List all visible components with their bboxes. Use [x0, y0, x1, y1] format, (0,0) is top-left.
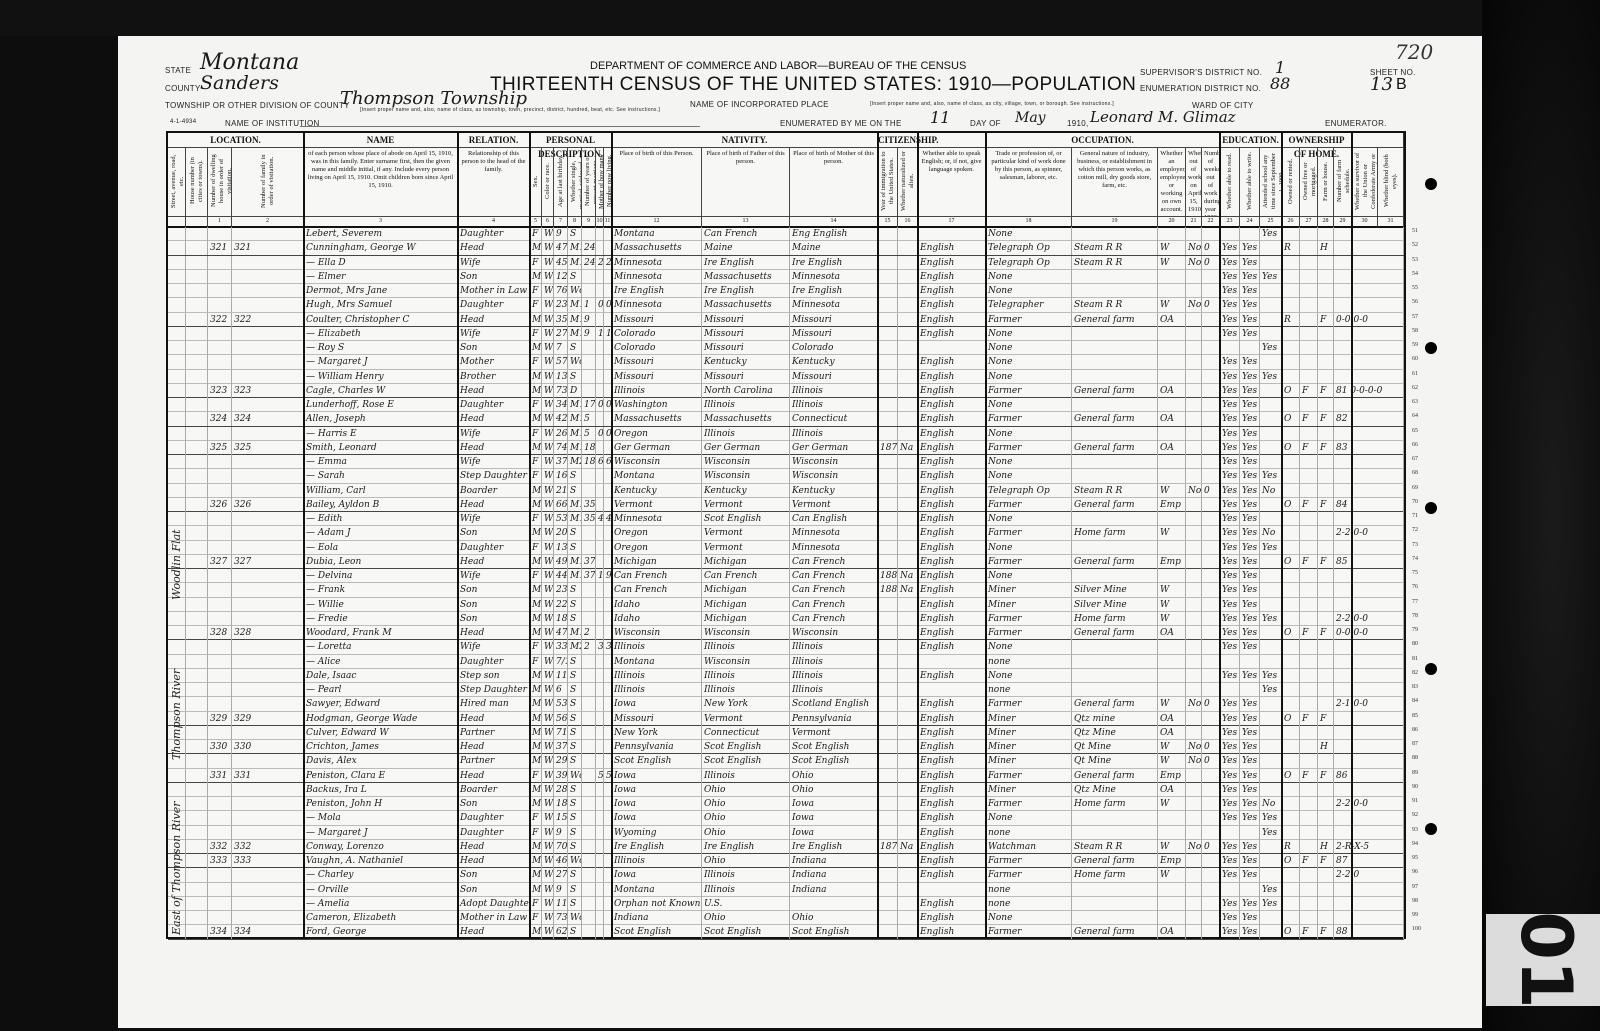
cell-mother-bp: Kentucky: [790, 484, 878, 498]
cell-mort: [1300, 241, 1318, 255]
cell-natur: [898, 883, 918, 897]
cell-immig: [878, 769, 898, 783]
cell-birthplace: Massachusetts: [612, 412, 702, 426]
cell-school: [1260, 769, 1282, 783]
column-header-text: Number of farm schedule.: [1336, 150, 1352, 212]
cell-born: [596, 868, 604, 882]
cell-race: W: [542, 498, 554, 512]
cell-empty: [168, 626, 186, 640]
cell-empty: [186, 868, 208, 882]
cell-birthplace: Illinois: [612, 854, 702, 868]
line-number: 79: [1412, 627, 1418, 633]
cell-school: [1260, 441, 1282, 455]
line-number: 77: [1412, 599, 1418, 605]
cell-weeks: [1202, 541, 1220, 555]
line-number: 52: [1412, 242, 1418, 248]
cell-race: W: [542, 270, 554, 284]
cell-write: [1240, 826, 1260, 840]
line-number: 60: [1412, 356, 1418, 362]
cell-natur: Na: [898, 583, 918, 597]
cell-blind: [1378, 740, 1404, 754]
cell-school: [1260, 555, 1282, 569]
cell-relation: Hired man: [458, 697, 530, 711]
cell-occupation: None: [986, 370, 1072, 384]
cell-father-bp: Ohio: [702, 826, 790, 840]
cell-english: English: [918, 555, 986, 569]
line-number: 61: [1412, 371, 1418, 377]
cell-mort: [1300, 512, 1318, 526]
cell-weeks: [1202, 555, 1220, 569]
cell-dwelling: [208, 541, 232, 555]
cell-dwelling: [208, 341, 232, 355]
cell-out: No: [1186, 484, 1202, 498]
cell-years-married: [582, 697, 596, 711]
cell-empty: [186, 526, 208, 540]
cell-blind: [1378, 298, 1404, 312]
cell-own: O: [1282, 441, 1300, 455]
cell-out: [1186, 868, 1202, 882]
cell-farm: F: [1318, 769, 1334, 783]
column-header-text: Number of dwelling house in order of vis…: [210, 150, 232, 212]
cell-own: [1282, 669, 1300, 683]
cell-write: Yes: [1240, 355, 1260, 369]
cell-occupation: Telegraph Op: [986, 256, 1072, 270]
cell-age: 12: [554, 270, 568, 284]
cell-years-married: 17: [582, 398, 596, 412]
cell-mother-bp: Ire English: [790, 284, 878, 298]
cell-name: Cunningham, George W: [304, 241, 458, 255]
cell-industry: [1072, 341, 1158, 355]
cell-immig: [878, 626, 898, 640]
column-header-text: Whether a survivor of the Union or Confe…: [1354, 150, 1378, 212]
cell-weeks: [1202, 270, 1220, 284]
cell-empty: [168, 270, 186, 284]
cell-school: [1260, 783, 1282, 797]
cell-emp: Emp: [1158, 769, 1186, 783]
cell-out: [1186, 555, 1202, 569]
column-group-header: CITIZENSHIP.: [878, 133, 918, 147]
cell-mort: [1300, 370, 1318, 384]
cell-emp: Emp: [1158, 498, 1186, 512]
cell-out: [1186, 441, 1202, 455]
cell-born: [596, 740, 604, 754]
punch-hole-icon: [1425, 502, 1437, 514]
cell-years-married: [582, 227, 596, 241]
cell-marital: M1: [568, 512, 582, 526]
cell-immig: [878, 313, 898, 327]
cell-natur: [898, 669, 918, 683]
cell-family: [232, 754, 304, 768]
cell-out: [1186, 598, 1202, 612]
column-divider: [303, 133, 305, 939]
line-number: 85: [1412, 713, 1418, 719]
cell-father-bp: Ohio: [702, 811, 790, 825]
cell-empty: [186, 341, 208, 355]
cell-read: Yes: [1220, 555, 1240, 569]
column-header-text: Attended school any time since September…: [1262, 150, 1282, 212]
cell-industry: [1072, 897, 1158, 911]
cell-name: Peniston, Clara E: [304, 769, 458, 783]
cell-relation: Step Daughter: [458, 469, 530, 483]
cell-blind: [1378, 868, 1404, 882]
cell-dwelling: 330: [208, 740, 232, 754]
line-number: 90: [1412, 784, 1418, 790]
cell-family: 328: [232, 626, 304, 640]
cell-own: O: [1282, 384, 1300, 398]
line-number: 54: [1412, 271, 1418, 277]
cell-mother-bp: Ohio: [790, 783, 878, 797]
cell-mother-bp: Indiana: [790, 854, 878, 868]
cell-age: 27: [554, 868, 568, 882]
cell-emp: W: [1158, 583, 1186, 597]
cell-father-bp: Illinois: [702, 868, 790, 882]
cell-immig: [878, 512, 898, 526]
cell-mort: [1300, 655, 1318, 669]
cell-immig: [878, 883, 898, 897]
cell-out: [1186, 512, 1202, 526]
cell-dwelling: 326: [208, 498, 232, 512]
cell-farm: [1318, 284, 1334, 298]
cell-sex: M: [530, 925, 542, 939]
cell-empty: [168, 441, 186, 455]
cell-mother-bp: Missouri: [790, 313, 878, 327]
county-value: Sanders: [200, 72, 279, 94]
cell-relation: Partner: [458, 726, 530, 740]
cell-out: [1186, 227, 1202, 241]
cell-years-married: [582, 526, 596, 540]
cell-own: [1282, 655, 1300, 669]
cell-write: Yes: [1240, 897, 1260, 911]
column-header: Whether out of work on April 15, 1910.: [1186, 147, 1202, 216]
cell-family: [232, 298, 304, 312]
cell-farm: [1318, 512, 1334, 526]
cell-race: W: [542, 384, 554, 398]
cell-relation: Daughter: [458, 298, 530, 312]
cell-race: W: [542, 640, 554, 654]
cell-marital: S: [568, 826, 582, 840]
cell-write: Yes: [1240, 441, 1260, 455]
cell-write: [1240, 683, 1260, 697]
cell-sex: F: [530, 227, 542, 241]
cell-family: [232, 355, 304, 369]
cell-name: Peniston, John H: [304, 797, 458, 811]
line-number: 78: [1412, 613, 1418, 619]
cell-farm: [1318, 327, 1334, 341]
township-label: Township or other division of county: [165, 101, 350, 110]
cell-weeks: [1202, 355, 1220, 369]
line-number: 81: [1412, 656, 1418, 662]
cell-occupation: Telegrapher: [986, 298, 1072, 312]
cell-out: [1186, 412, 1202, 426]
cell-name: Dale, Isaac: [304, 669, 458, 683]
cell-english: English: [918, 612, 986, 626]
column-header: Year of immigration to the United States…: [878, 147, 898, 216]
cell-father-bp: Can French: [702, 227, 790, 241]
column-header: Relationship of this person to the head …: [458, 147, 530, 216]
cell-relation: Son: [458, 598, 530, 612]
line-number: 53: [1412, 257, 1418, 263]
line-number: 82: [1412, 670, 1418, 676]
cell-natur: [898, 341, 918, 355]
cell-years-married: 35: [582, 498, 596, 512]
column-header: Number of weeks out of work during year …: [1202, 147, 1220, 216]
cell-write: Yes: [1240, 868, 1260, 882]
cell-age: 15: [554, 811, 568, 825]
cell-own: [1282, 640, 1300, 654]
cell-natur: [898, 256, 918, 270]
cell-english: English: [918, 783, 986, 797]
cell-mother-bp: Ire English: [790, 256, 878, 270]
cell-english: [918, 341, 986, 355]
cell-read: Yes: [1220, 569, 1240, 583]
cell-english: English: [918, 412, 986, 426]
cell-birthplace: Iowa: [612, 811, 702, 825]
cell-relation: Mother: [458, 355, 530, 369]
cell-natur: [898, 469, 918, 483]
cell-industry: [1072, 640, 1158, 654]
cell-years-married: [582, 669, 596, 683]
cell-blind: [1378, 598, 1404, 612]
cell-mort: F: [1300, 769, 1318, 783]
cell-dwelling: [208, 598, 232, 612]
cell-dwelling: [208, 427, 232, 441]
cell-blind: [1378, 726, 1404, 740]
cell-farm: F: [1318, 626, 1334, 640]
cell-immig: [878, 227, 898, 241]
cell-years-married: [582, 270, 596, 284]
cell-father-bp: North Carolina: [702, 384, 790, 398]
cell-father-bp: Massachusetts: [702, 412, 790, 426]
cell-blind: [1378, 498, 1404, 512]
cell-mort: [1300, 469, 1318, 483]
cell-mother-bp: Ohio: [790, 769, 878, 783]
cell-sex: M: [530, 270, 542, 284]
cell-school: [1260, 854, 1282, 868]
cell-age: 20: [554, 526, 568, 540]
cell-marital: S: [568, 726, 582, 740]
cell-emp: W: [1158, 697, 1186, 711]
cell-natur: [898, 754, 918, 768]
cell-relation: Boarder: [458, 484, 530, 498]
column-group-header: [1352, 133, 1404, 147]
cell-marital: S: [568, 270, 582, 284]
cell-blind: [1378, 469, 1404, 483]
cell-industry: [1072, 669, 1158, 683]
cell-school: [1260, 384, 1282, 398]
cell-years-married: [582, 355, 596, 369]
cell-born: [596, 854, 604, 868]
cell-weeks: [1202, 854, 1220, 868]
cell-mort: [1300, 227, 1318, 241]
cell-farm: [1318, 726, 1334, 740]
cell-name: Dermot, Mrs Jane: [304, 284, 458, 298]
cell-english: English: [918, 925, 986, 939]
line-number: 58: [1412, 328, 1418, 334]
cell-father-bp: Massachusetts: [702, 270, 790, 284]
cell-occupation: Farmer: [986, 555, 1072, 569]
column-header: Whether able to read.: [1220, 147, 1240, 216]
cell-emp: [1158, 512, 1186, 526]
cell-write: Yes: [1240, 712, 1260, 726]
cell-read: Yes: [1220, 598, 1240, 612]
cell-birthplace: Minnesota: [612, 256, 702, 270]
cell-immig: [878, 683, 898, 697]
cell-birthplace: Iowa: [612, 697, 702, 711]
cell-empty: [168, 412, 186, 426]
cell-farm: [1318, 883, 1334, 897]
cell-relation: Head: [458, 712, 530, 726]
cell-family: [232, 370, 304, 384]
cell-read: Yes: [1220, 355, 1240, 369]
cell-blind: [1378, 355, 1404, 369]
cell-english: English: [918, 868, 986, 882]
cell-age: 22: [554, 598, 568, 612]
cell-write: Yes: [1240, 925, 1260, 939]
stamp-number: 720: [1395, 40, 1433, 64]
cell-weeks: [1202, 612, 1220, 626]
cell-write: Yes: [1240, 911, 1260, 925]
cell-name: Smith, Leonard: [304, 441, 458, 455]
cell-own: [1282, 598, 1300, 612]
cell-empty: [186, 640, 208, 654]
cell-blind: [1378, 697, 1404, 711]
cell-write: Yes: [1240, 498, 1260, 512]
cell-birthplace: Missouri: [612, 355, 702, 369]
cell-farm: [1318, 298, 1334, 312]
cell-dwelling: [208, 826, 232, 840]
cell-dwelling: [208, 227, 232, 241]
cell-own: [1282, 398, 1300, 412]
column-header: Whether blind (both eyes).: [1378, 147, 1404, 216]
cell-marital: M2: [568, 640, 582, 654]
cell-out: [1186, 355, 1202, 369]
cell-own: [1282, 783, 1300, 797]
cell-dwelling: [208, 697, 232, 711]
column-header-text: Number of years of present marriage.: [584, 150, 596, 212]
column-header-text: Place of birth of Father of this person.: [706, 150, 784, 165]
cell-birthplace: Montana: [612, 883, 702, 897]
column-group-header: NATIVITY.: [612, 133, 878, 147]
cell-name: — Frank: [304, 583, 458, 597]
cell-father-bp: Vermont: [702, 541, 790, 555]
cell-family: 324: [232, 412, 304, 426]
cell-sex: M: [530, 498, 542, 512]
cell-immig: [878, 925, 898, 939]
cell-industry: [1072, 883, 1158, 897]
column-group-header: NAME: [304, 133, 458, 147]
cell-marital: S: [568, 655, 582, 669]
cell-marital: M1: [568, 498, 582, 512]
cell-school: [1260, 298, 1282, 312]
cell-marital: M1: [568, 327, 582, 341]
cell-marital: M1: [568, 256, 582, 270]
cell-name: Dubia, Leon: [304, 555, 458, 569]
cell-race: W: [542, 370, 554, 384]
cell-occupation: None: [986, 669, 1072, 683]
cell-empty: [186, 398, 208, 412]
cell-mort: [1300, 797, 1318, 811]
cell-natur: [898, 868, 918, 882]
cell-family: [232, 911, 304, 925]
cell-immig: [878, 455, 898, 469]
cell-farm: H: [1318, 840, 1334, 854]
cell-sex: M: [530, 526, 542, 540]
column-header: Number of family in order of visitation.: [232, 147, 304, 216]
cell-read: Yes: [1220, 241, 1240, 255]
cell-school: [1260, 398, 1282, 412]
cell-weeks: 0: [1202, 697, 1220, 711]
cell-immig: [878, 612, 898, 626]
cell-immig: [878, 797, 898, 811]
cell-weeks: [1202, 598, 1220, 612]
cell-english: English: [918, 697, 986, 711]
cell-relation: Wife: [458, 256, 530, 270]
cell-years-married: 37: [582, 569, 596, 583]
cell-years-married: 37: [582, 555, 596, 569]
cell-born: [596, 925, 604, 939]
cell-out: [1186, 683, 1202, 697]
cell-age: 37: [554, 740, 568, 754]
line-number: 97: [1412, 884, 1418, 890]
cell-emp: OA: [1158, 384, 1186, 398]
cell-dwelling: [208, 355, 232, 369]
cell-years-married: [582, 883, 596, 897]
cell-relation: Wife: [458, 569, 530, 583]
cell-birthplace: Oregon: [612, 427, 702, 441]
cell-immig: [878, 484, 898, 498]
cell-mother-bp: Wisconsin: [790, 469, 878, 483]
cell-own: [1282, 541, 1300, 555]
cell-natur: [898, 412, 918, 426]
cell-school: [1260, 583, 1282, 597]
punch-hole-icon: [1425, 823, 1437, 835]
cell-birthplace: Missouri: [612, 313, 702, 327]
cell-name: Cagle, Charles W: [304, 384, 458, 398]
cell-age: 6: [554, 683, 568, 697]
cell-born: [596, 469, 604, 483]
cell-emp: W: [1158, 256, 1186, 270]
cell-read: Yes: [1220, 811, 1240, 825]
cell-out: [1186, 569, 1202, 583]
line-number: 89: [1412, 770, 1418, 776]
cell-mort: [1300, 697, 1318, 711]
cell-mother-bp: Can French: [790, 569, 878, 583]
cell-age: 23: [554, 583, 568, 597]
cell-age: 7: [554, 341, 568, 355]
cell-birthplace: Idaho: [612, 598, 702, 612]
cell-race: W: [542, 868, 554, 882]
cell-dwelling: 334: [208, 925, 232, 939]
column-header: Color or race.: [542, 147, 554, 216]
cell-english: English: [918, 769, 986, 783]
cell-weeks: [1202, 284, 1220, 298]
cell-natur: [898, 384, 918, 398]
cell-write: Yes: [1240, 455, 1260, 469]
cell-dwelling: 327: [208, 555, 232, 569]
line-number: 71: [1412, 513, 1418, 519]
cell-mort: [1300, 284, 1318, 298]
column-header-text: Place of birth of Mother of this person.: [793, 150, 874, 165]
cell-school: [1260, 427, 1282, 441]
cell-birthplace: Iowa: [612, 783, 702, 797]
cell-read: Yes: [1220, 370, 1240, 384]
cell-write: Yes: [1240, 270, 1260, 284]
cell-weeks: [1202, 441, 1220, 455]
cell-father-bp: U.S.: [702, 897, 790, 911]
cell-industry: Home farm: [1072, 868, 1158, 882]
cell-age: 53: [554, 697, 568, 711]
cell-own: [1282, 270, 1300, 284]
